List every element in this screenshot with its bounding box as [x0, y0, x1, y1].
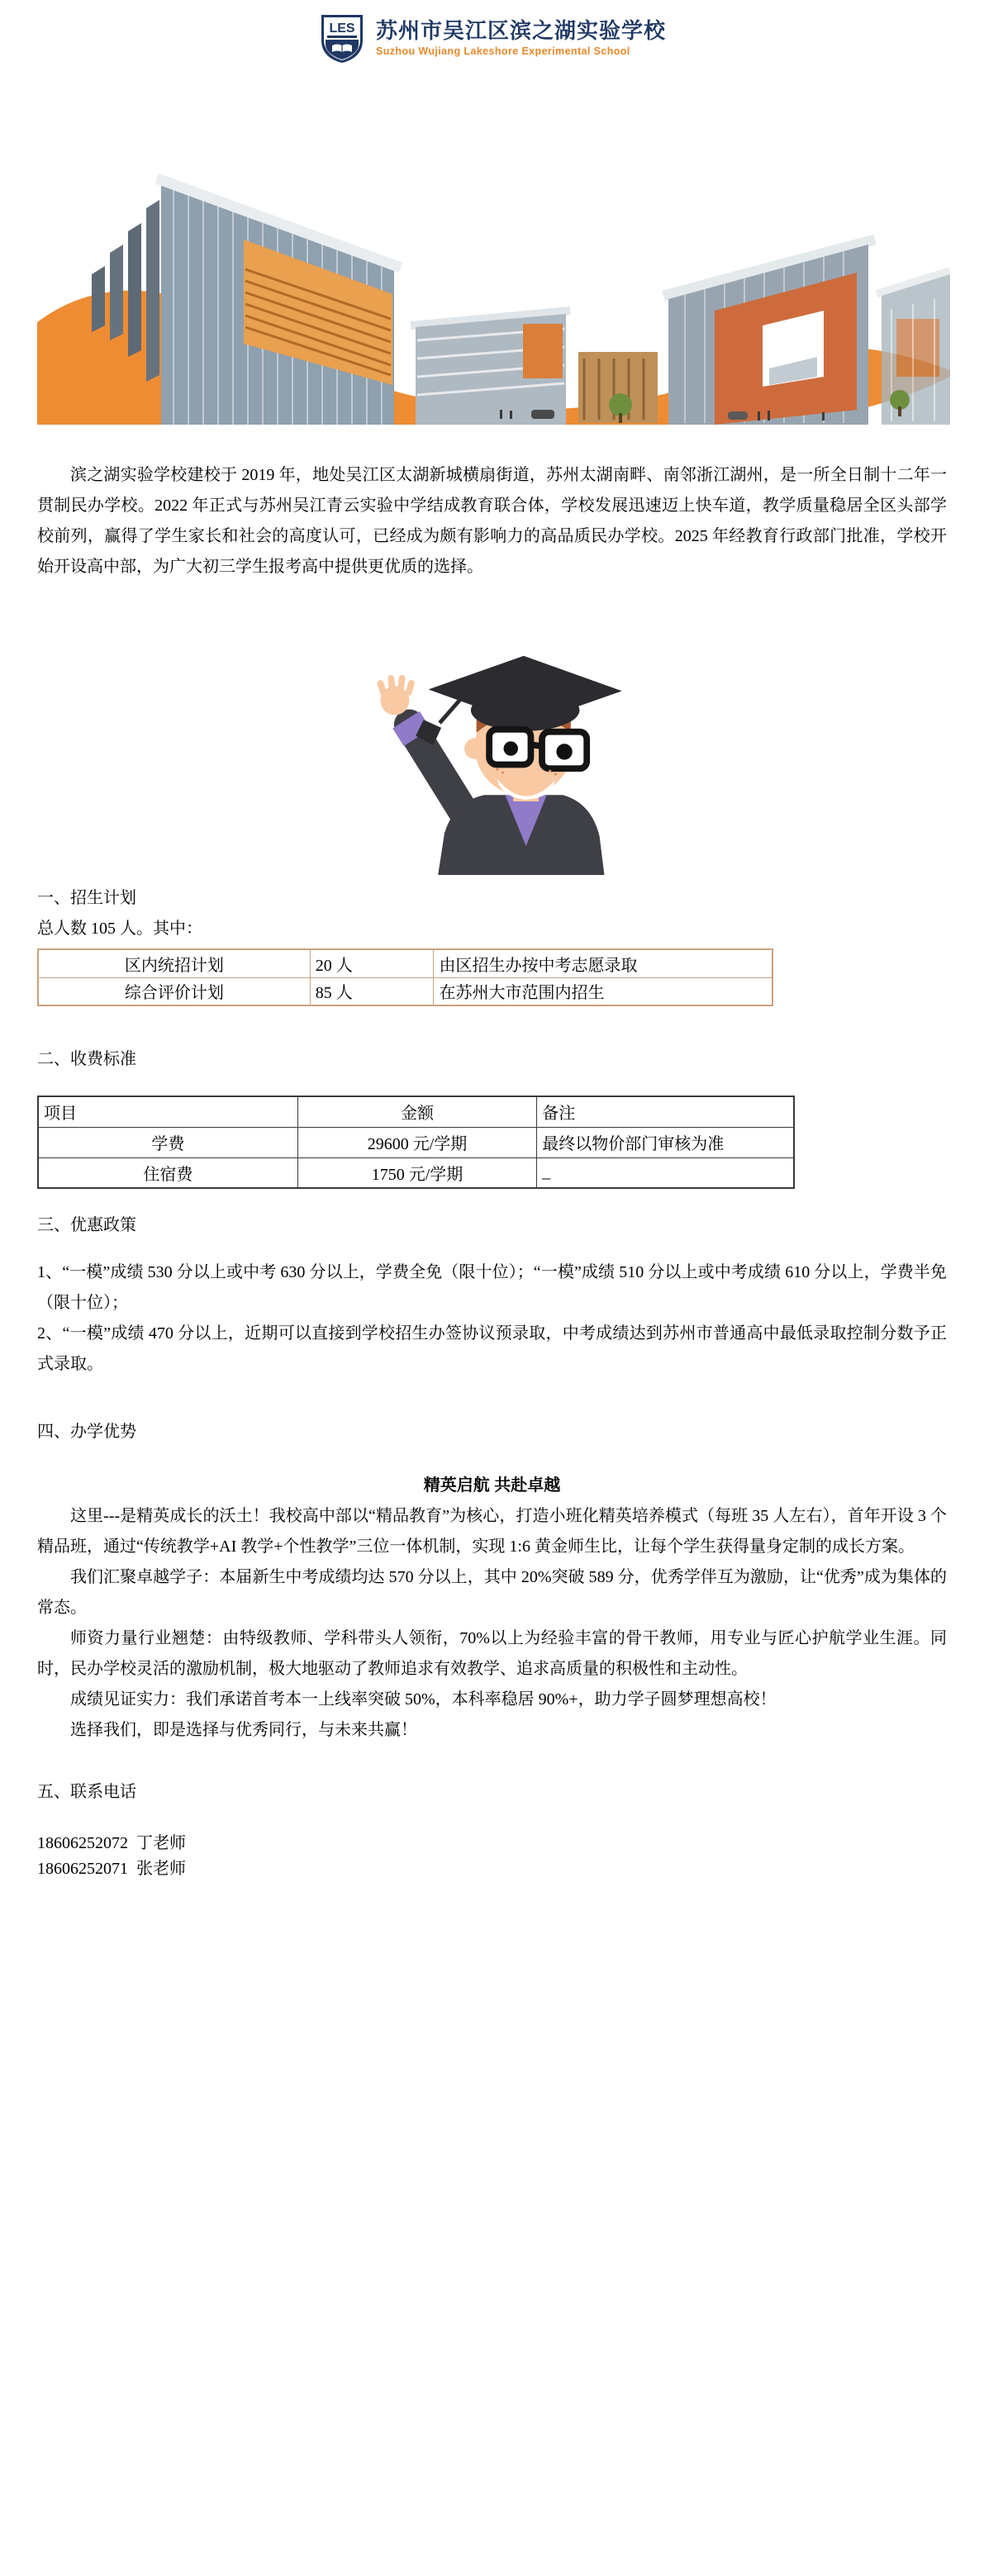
contact-phones: 18606252072丁老师 18606252071张老师 [37, 1831, 947, 1882]
fees-heading: 二、收费标准 [37, 1044, 947, 1075]
table-row: 学费 29600 元/学期 最终以物价部门审核为准 [38, 1127, 794, 1157]
discount-item: 1、“一模”成绩 530 分以上或中考 630 分以上，学费全免（限十位）；“一… [37, 1257, 947, 1319]
enrollment-heading: 一、招生计划 [37, 883, 947, 914]
section-advantages: 四、办学优势 精英启航 共赴卓越 这里---是精英成长的沃土！我校高中部以“精品… [37, 1417, 947, 1746]
table-header-row: 项目 金额 备注 [38, 1096, 794, 1127]
school-logo-icon: LES [318, 12, 366, 64]
table-row: 区内统招计划 20 人 由区招生办按中考志愿录取 [38, 949, 772, 977]
cell-plan-note: 由区招生办按中考志愿录取 [434, 949, 772, 977]
phone-number: 18606252071 [37, 1860, 128, 1878]
far-right-building [877, 271, 950, 425]
cell-fee-amount: 29600 元/学期 [297, 1127, 536, 1157]
fees-col-note: 备注 [537, 1096, 794, 1127]
svg-text:LES: LES [329, 21, 354, 36]
contact-heading: 五、联系电话 [37, 1777, 947, 1808]
intro-paragraph: 滨之湖实验学校建校于 2019 年，地处吴江区太湖新城横扇街道，苏州太湖南畔、南… [37, 460, 947, 582]
advantages-paragraph: 这里---是精英成长的沃土！我校高中部以“精品教育”为核心，打造小班化精英培养模… [37, 1501, 947, 1562]
header: LES 苏州市吴江区滨之湖实验学校 Suzhou Wujiang Lakesho… [0, 0, 984, 66]
phone-line: 18606252072丁老师 [37, 1831, 947, 1856]
table-row: 住宿费 1750 元/学期 _ [38, 1157, 794, 1188]
discount-item: 2、“一模”成绩 470 分以上，近期可以直接到学校招生办签协议预录取，中考成绩… [37, 1319, 947, 1380]
fees-col-item: 项目 [38, 1096, 297, 1127]
fees-table: 项目 金额 备注 学费 29600 元/学期 最终以物价部门审核为准 住宿费 1… [37, 1096, 795, 1189]
enrollment-table: 区内统招计划 20 人 由区招生办按中考志愿录取 综合评价计划 85 人 在苏州… [37, 948, 773, 1006]
phone-number: 18606252072 [37, 1834, 128, 1852]
campus-photo [37, 78, 950, 425]
section-fees: 二、收费标准 项目 金额 备注 学费 29600 元/学期 最终以物价部门审核为… [37, 1044, 947, 1189]
advantages-paragraph: 成绩见证实力：我们承诺首考本一上线率突破 50%，本科率稳居 90%+，助力学子… [37, 1685, 947, 1715]
cell-fee-note: 最终以物价部门审核为准 [537, 1127, 794, 1157]
section-enrollment: 一、招生计划 总人数 105 人。其中： 区内统招计划 20 人 由区招生办按中… [37, 883, 947, 1006]
flyer-page: LES 苏州市吴江区滨之湖实验学校 Suzhou Wujiang Lakesho… [0, 0, 984, 2576]
fees-col-amount: 金额 [297, 1096, 536, 1127]
discount-heading: 三、优惠政策 [37, 1210, 947, 1241]
enrollment-total: 总人数 105 人。其中： [37, 914, 947, 944]
advantages-paragraph: 选择我们，即是选择与优秀同行，与未来共赢！ [37, 1715, 947, 1746]
cell-fee-amount: 1750 元/学期 [297, 1157, 536, 1188]
cell-fee-item: 学费 [38, 1127, 297, 1157]
advantages-paragraph: 师资力量行业翘楚：由特级教师、学科带头人领衔，70%以上为经验丰富的骨干教师，用… [37, 1623, 947, 1685]
cell-plan-note: 在苏州大市范围内招生 [434, 977, 772, 1005]
cell-plan-count: 20 人 [310, 949, 434, 977]
graduate-illustration-wrap [344, 627, 641, 875]
section-discount: 三、优惠政策 1、“一模”成绩 530 分以上或中考 630 分以上，学费全免（… [37, 1210, 947, 1380]
graduate-illustration [344, 627, 641, 875]
phone-line: 18606252071张老师 [37, 1856, 947, 1882]
cell-fee-note: _ [537, 1157, 794, 1188]
advantages-paragraph: 我们汇聚卓越学子：本届新生中考成绩均达 570 分以上，其中 20%突破 589… [37, 1562, 947, 1623]
advantages-heading: 四、办学优势 [37, 1417, 947, 1447]
section-contact: 五、联系电话 18606252072丁老师 18606252071张老师 [37, 1777, 947, 1882]
table-row: 综合评价计划 85 人 在苏州大市范围内招生 [38, 977, 772, 1005]
school-name-block: 苏州市吴江区滨之湖实验学校 Suzhou Wujiang Lakeshore E… [376, 19, 666, 57]
phone-contact-name: 丁老师 [136, 1834, 186, 1852]
cell-plan-name: 区内统招计划 [38, 949, 310, 977]
school-name-zh: 苏州市吴江区滨之湖实验学校 [376, 19, 666, 44]
cell-fee-item: 住宿费 [38, 1157, 297, 1188]
phone-contact-name: 张老师 [136, 1860, 186, 1878]
cell-plan-count: 85 人 [310, 977, 434, 1005]
school-name-en: Suzhou Wujiang Lakeshore Experimental Sc… [376, 45, 666, 57]
advantages-slogan: 精英启航 共赴卓越 [37, 1471, 947, 1501]
cell-plan-name: 综合评价计划 [38, 977, 310, 1005]
